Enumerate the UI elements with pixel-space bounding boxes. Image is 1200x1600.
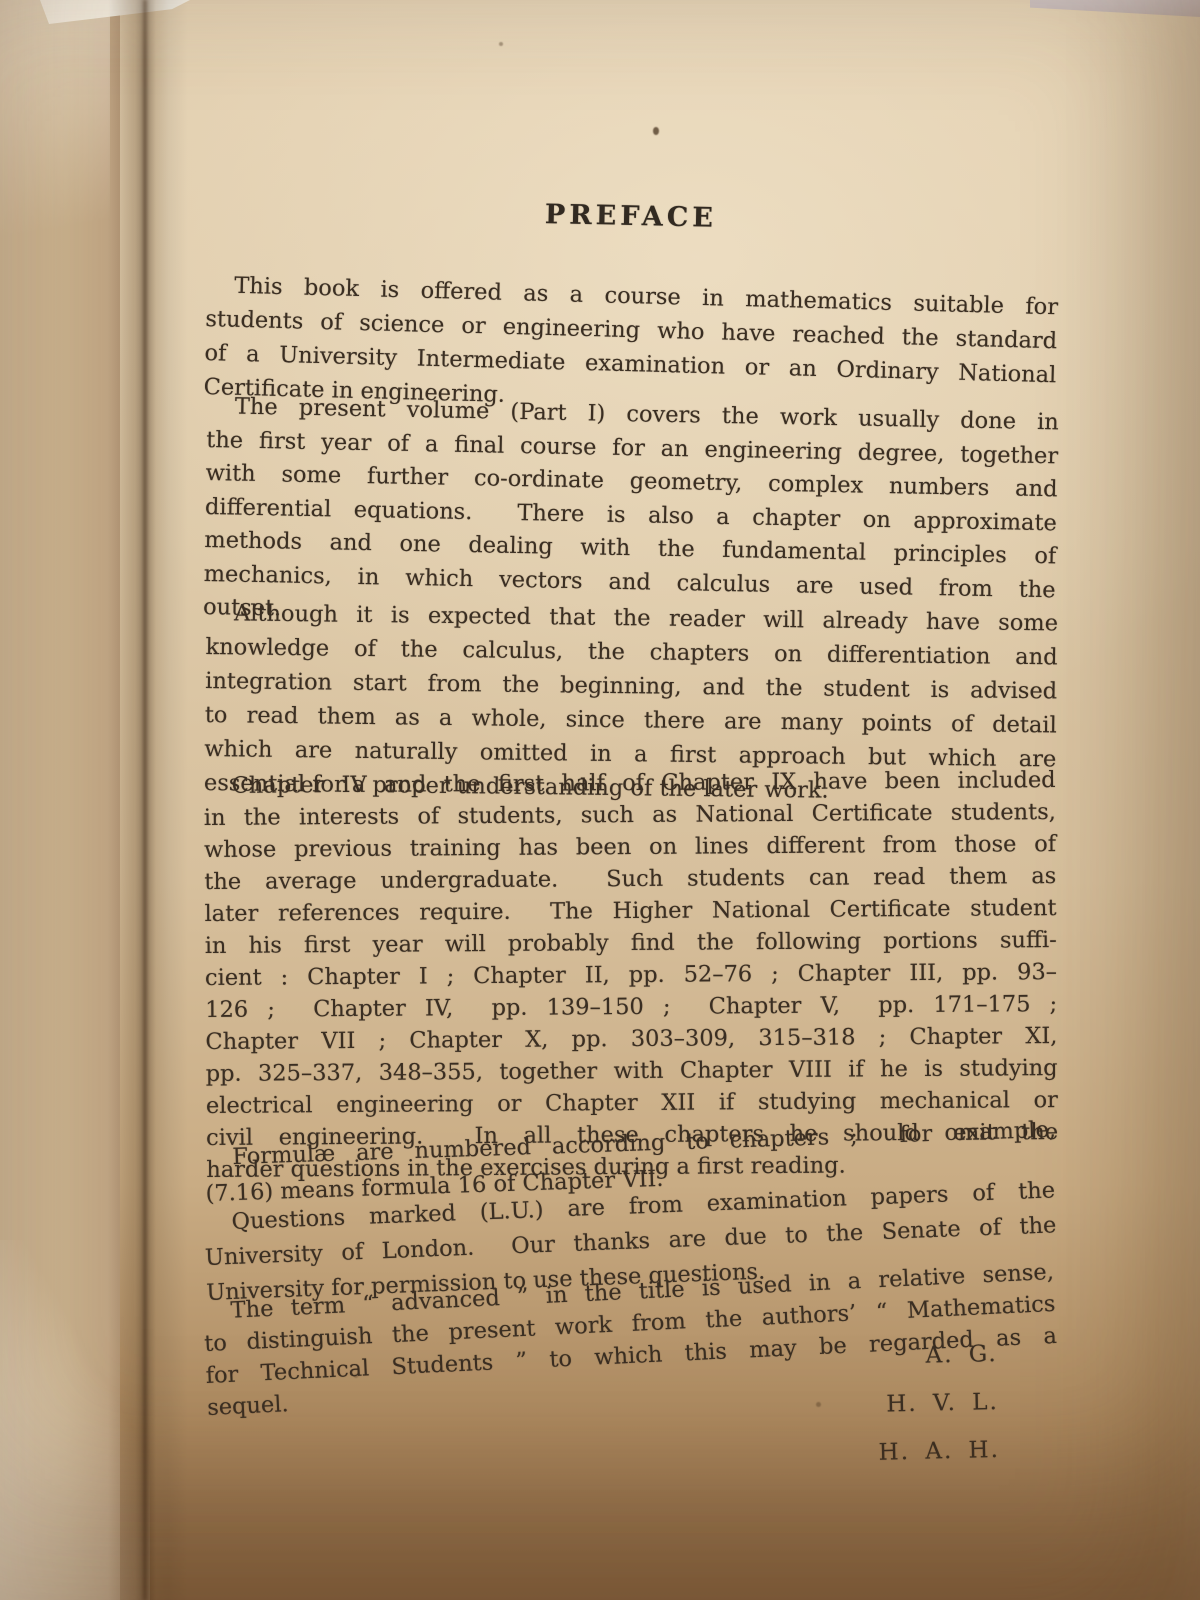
author-initials-block: A. G. H. V. L. H. A. H. [203, 1330, 1000, 1492]
page-content: PREFACE This book is offered as a course… [0, 0, 1200, 1600]
page-title: PREFACE [205, 192, 1057, 241]
book-page-photo: PREFACE This book is offered as a course… [0, 0, 1200, 1600]
